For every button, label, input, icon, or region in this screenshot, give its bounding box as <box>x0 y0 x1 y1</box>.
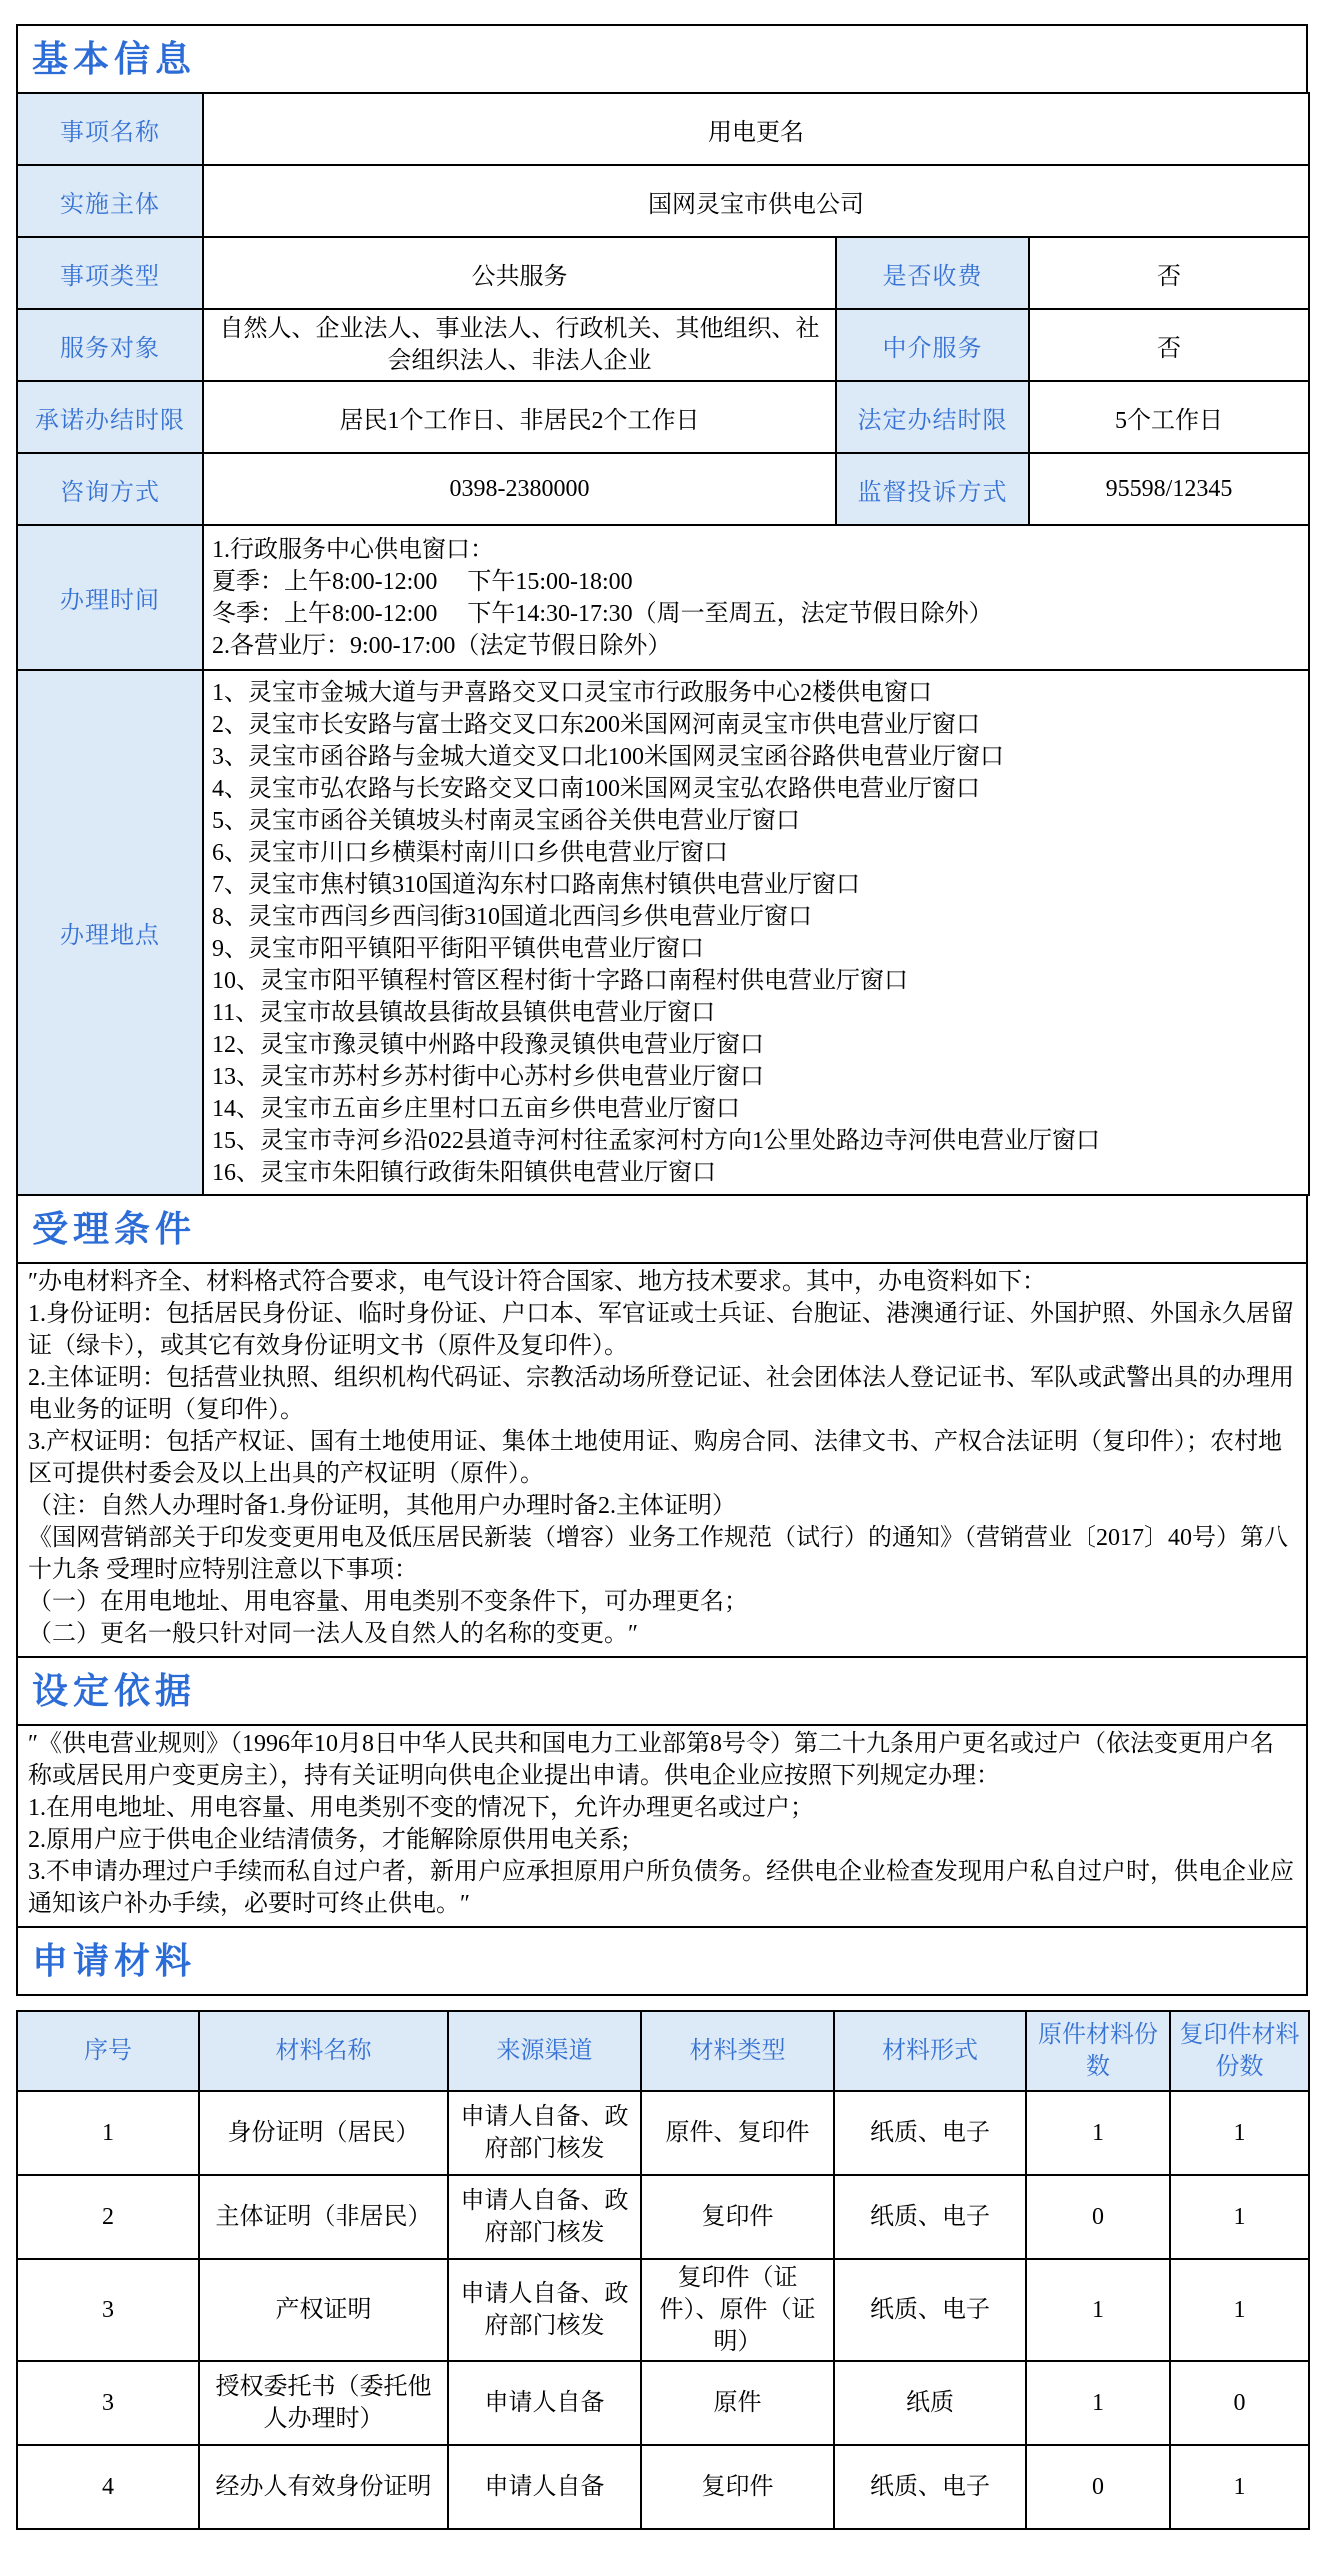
table-row: 实施主体 国网灵宝市供电公司 <box>17 165 1309 237</box>
complaint-phone-value: 95598/12345 <box>1029 453 1309 525</box>
office-hours-line: 夏季：上午8:00-12:00 下午15:00-18:00 <box>212 566 1300 598</box>
row-label: 实施主体 <box>17 165 203 237</box>
material-form: 纸质 <box>834 2361 1026 2445</box>
material-row: 3 授权委托书（委托他人办理时） 申请人自备 原件 纸质 1 0 <box>17 2361 1309 2445</box>
location-item: 5、灵宝市函谷关镇坡头村南灵宝函谷关供电营业厅窗口 <box>212 805 1300 837</box>
material-seq: 1 <box>17 2091 199 2175</box>
materials-column-header: 序号 <box>17 2011 199 2091</box>
materials-column-header: 材料形式 <box>834 2011 1026 2091</box>
table-row: 咨询方式 0398-2380000 监督投诉方式 95598/12345 <box>17 453 1309 525</box>
material-original-count: 0 <box>1026 2175 1170 2259</box>
acceptance-heading: 受理条件 <box>16 1194 1308 1264</box>
row-label: 承诺办结时限 <box>17 381 203 453</box>
materials-header-row: 序号材料名称来源渠道材料类型材料形式原件材料份数复印件材料份数 <box>17 2011 1309 2091</box>
location-item: 14、灵宝市五亩乡庄里村口五亩乡供电营业厅窗口 <box>212 1093 1300 1125</box>
location-item: 15、灵宝市寺河乡沿022县道寺河村往孟家河村方向1公里处路边寺河供电营业厅窗口 <box>212 1125 1300 1157</box>
row-label: 法定办结时限 <box>836 381 1029 453</box>
basis-paragraph: ″《供电营业规则》（1996年10月8日中华人民共和国电力工业部第8号令）第二十… <box>28 1728 1296 1792</box>
material-original-count: 1 <box>1026 2361 1170 2445</box>
acceptance-paragraph: 1.身份证明：包括居民身份证、临时身份证、户口本、军官证或士兵证、台胞证、港澳通… <box>28 1298 1296 1362</box>
material-type: 原件 <box>641 2361 834 2445</box>
material-row: 1 身份证明（居民） 申请人自备、政府部门核发 原件、复印件 纸质、电子 1 1 <box>17 2091 1309 2175</box>
material-name: 身份证明（居民） <box>199 2091 448 2175</box>
material-original-count: 1 <box>1026 2259 1170 2361</box>
basis-content: ″《供电营业规则》（1996年10月8日中华人民共和国电力工业部第8号令）第二十… <box>16 1724 1308 1928</box>
basis-paragraph: 2.原用户应于供电企业结清债务，才能解除原供用电关系; <box>28 1824 1296 1856</box>
materials-column-header: 材料类型 <box>641 2011 834 2091</box>
row-label: 是否收费 <box>836 237 1029 309</box>
location-item: 3、灵宝市函谷路与金城大道交叉口北100米国网灵宝函谷路供电营业厅窗口 <box>212 741 1300 773</box>
table-row: 办理时间 1.行政服务中心供电窗口：夏季：上午8:00-12:00 下午15:0… <box>17 525 1309 670</box>
location-item: 2、灵宝市长安路与富士路交叉口东200米国网河南灵宝市供电营业厅窗口 <box>212 709 1300 741</box>
material-row: 4 经办人有效身份证明 申请人自备 复印件 纸质、电子 0 1 <box>17 2445 1309 2529</box>
material-copy-count: 0 <box>1170 2361 1309 2445</box>
material-name: 产权证明 <box>199 2259 448 2361</box>
office-hours-lines: 1.行政服务中心供电窗口：夏季：上午8:00-12:00 下午15:00-18:… <box>212 534 1300 662</box>
promised-time-value: 居民1个工作日、非居民2个工作日 <box>203 381 836 453</box>
office-hours-value: 1.行政服务中心供电窗口：夏季：上午8:00-12:00 下午15:00-18:… <box>203 525 1309 670</box>
acceptance-paragraph: 《国网营销部关于印发变更用电及低压居民新装（增容）业务工作规范（试行）的通知》（… <box>28 1522 1296 1586</box>
location-item: 16、灵宝市朱阳镇行政街朱阳镇供电营业厅窗口 <box>212 1157 1300 1189</box>
material-original-count: 0 <box>1026 2445 1170 2529</box>
materials-column-header: 材料名称 <box>199 2011 448 2091</box>
locations-list: 1、灵宝市金城大道与尹喜路交叉口灵宝市行政服务中心2楼供电窗口2、灵宝市长安路与… <box>212 677 1300 1189</box>
table-row: 承诺办结时限 居民1个工作日、非居民2个工作日 法定办结时限 5个工作日 <box>17 381 1309 453</box>
material-copy-count: 1 <box>1170 2091 1309 2175</box>
basis-paragraphs: ″《供电营业规则》（1996年10月8日中华人民共和国电力工业部第8号令）第二十… <box>28 1728 1296 1920</box>
table-row: 事项类型 公共服务 是否收费 否 <box>17 237 1309 309</box>
material-type: 复印件（证件）、原件（证明） <box>641 2259 834 2361</box>
row-label: 办理地点 <box>17 670 203 1195</box>
material-form: 纸质、电子 <box>834 2259 1026 2361</box>
office-hours-line: 1.行政服务中心供电窗口： <box>212 534 1300 566</box>
item-type-value: 公共服务 <box>203 237 836 309</box>
location-item: 6、灵宝市川口乡横渠村南川口乡供电营业厅窗口 <box>212 837 1300 869</box>
table-row: 办理地点 1、灵宝市金城大道与尹喜路交叉口灵宝市行政服务中心2楼供电窗口2、灵宝… <box>17 670 1309 1195</box>
office-hours-line: 冬季：上午8:00-12:00 下午14:30-17:30（周一至周五，法定节假… <box>212 598 1300 630</box>
material-seq: 2 <box>17 2175 199 2259</box>
basic-info-table: 事项名称 用电更名 实施主体 国网灵宝市供电公司 事项类型 公共服务 是否收费 … <box>16 92 1310 1196</box>
material-source: 申请人自备、政府部门核发 <box>448 2175 641 2259</box>
acceptance-paragraph: （一）在用电地址、用电容量、用电类别不变条件下，可办理更名； <box>28 1586 1296 1618</box>
basis-heading: 设定依据 <box>16 1656 1308 1726</box>
table-row: 事项名称 用电更名 <box>17 93 1309 165</box>
material-source: 申请人自备、政府部门核发 <box>448 2259 641 2361</box>
acceptance-paragraph: （注：自然人办理时备1.身份证明，其他用户办理时备2.主体证明） <box>28 1490 1296 1522</box>
fee-value: 否 <box>1029 237 1309 309</box>
row-label: 办理时间 <box>17 525 203 670</box>
table-row: 服务对象 自然人、企业法人、事业法人、行政机关、其他组织、社会组织法人、非法人企… <box>17 309 1309 381</box>
implementing-body-value: 国网灵宝市供电公司 <box>203 165 1309 237</box>
location-item: 11、灵宝市故县镇故县街故县镇供电营业厅窗口 <box>212 997 1300 1029</box>
material-copy-count: 1 <box>1170 2445 1309 2529</box>
location-item: 8、灵宝市西闫乡西闫街310国道北西闫乡供电营业厅窗口 <box>212 901 1300 933</box>
location-item: 13、灵宝市苏村乡苏村街中心苏村乡供电营业厅窗口 <box>212 1061 1300 1093</box>
material-name: 主体证明（非居民） <box>199 2175 448 2259</box>
item-name-value: 用电更名 <box>203 93 1309 165</box>
material-seq: 3 <box>17 2361 199 2445</box>
intermediary-value: 否 <box>1029 309 1309 381</box>
acceptance-paragraph: 3.产权证明：包括产权证、国有土地使用证、集体土地使用证、购房合同、法律文书、产… <box>28 1426 1296 1490</box>
acceptance-content: ″办电材料齐全、材料格式符合要求，电气设计符合国家、地方技术要求。其中，办电资料… <box>16 1262 1308 1658</box>
row-label: 中介服务 <box>836 309 1029 381</box>
material-copy-count: 1 <box>1170 2175 1309 2259</box>
material-row: 3 产权证明 申请人自备、政府部门核发 复印件（证件）、原件（证明） 纸质、电子… <box>17 2259 1309 2361</box>
legal-time-value: 5个工作日 <box>1029 381 1309 453</box>
row-label: 事项名称 <box>17 93 203 165</box>
materials-body: 1 身份证明（居民） 申请人自备、政府部门核发 原件、复印件 纸质、电子 1 1… <box>17 2091 1309 2529</box>
acceptance-paragraph: ″办电材料齐全、材料格式符合要求，电气设计符合国家、地方技术要求。其中，办电资料… <box>28 1266 1296 1298</box>
basis-paragraph: 1.在用电地址、用电容量、用电类别不变的情况下，允许办理更名或过户； <box>28 1792 1296 1824</box>
material-form: 纸质、电子 <box>834 2091 1026 2175</box>
materials-heading: 申请材料 <box>16 1926 1308 1996</box>
office-hours-line: 2.各营业厅：9:00-17:00（法定节假日除外） <box>212 630 1300 662</box>
materials-column-header: 来源渠道 <box>448 2011 641 2091</box>
location-item: 9、灵宝市阳平镇阳平街阳平镇供电营业厅窗口 <box>212 933 1300 965</box>
row-label: 服务对象 <box>17 309 203 381</box>
locations-value: 1、灵宝市金城大道与尹喜路交叉口灵宝市行政服务中心2楼供电窗口2、灵宝市长安路与… <box>203 670 1309 1195</box>
location-item: 10、灵宝市阳平镇程村管区程村街十字路口南程村供电营业厅窗口 <box>212 965 1300 997</box>
material-type: 复印件 <box>641 2175 834 2259</box>
material-name: 授权委托书（委托他人办理时） <box>199 2361 448 2445</box>
row-label: 事项类型 <box>17 237 203 309</box>
material-seq: 4 <box>17 2445 199 2529</box>
location-item: 4、灵宝市弘农路与长安路交叉口南100米国网灵宝弘农路供电营业厅窗口 <box>212 773 1300 805</box>
materials-table: 序号材料名称来源渠道材料类型材料形式原件材料份数复印件材料份数 1 身份证明（居… <box>16 2010 1310 2530</box>
material-source: 申请人自备 <box>448 2445 641 2529</box>
row-label: 监督投诉方式 <box>836 453 1029 525</box>
material-row: 2 主体证明（非居民） 申请人自备、政府部门核发 复印件 纸质、电子 0 1 <box>17 2175 1309 2259</box>
row-label: 咨询方式 <box>17 453 203 525</box>
material-seq: 3 <box>17 2259 199 2361</box>
basis-paragraph: 3.不申请办理过户手续而私自过户者，新用户应承担原用户所负债务。经供电企业检查发… <box>28 1856 1296 1920</box>
location-item: 1、灵宝市金城大道与尹喜路交叉口灵宝市行政服务中心2楼供电窗口 <box>212 677 1300 709</box>
service-info-document: 基本信息 事项名称 用电更名 实施主体 国网灵宝市供电公司 事项类型 公共服务 … <box>16 24 1308 2530</box>
service-target-value: 自然人、企业法人、事业法人、行政机关、其他组织、社会组织法人、非法人企业 <box>203 309 836 381</box>
basic-info-heading: 基本信息 <box>16 24 1308 94</box>
material-form: 纸质、电子 <box>834 2445 1026 2529</box>
acceptance-paragraph: （二）更名一般只针对同一法人及自然人的名称的变更。″ <box>28 1618 1296 1650</box>
materials-column-header: 原件材料份数 <box>1026 2011 1170 2091</box>
materials-column-header: 复印件材料份数 <box>1170 2011 1309 2091</box>
material-original-count: 1 <box>1026 2091 1170 2175</box>
material-source: 申请人自备、政府部门核发 <box>448 2091 641 2175</box>
acceptance-paragraph: 2.主体证明：包括营业执照、组织机构代码证、宗教活动场所登记证、社会团体法人登记… <box>28 1362 1296 1426</box>
material-copy-count: 1 <box>1170 2259 1309 2361</box>
location-item: 12、灵宝市豫灵镇中州路中段豫灵镇供电营业厅窗口 <box>212 1029 1300 1061</box>
location-item: 7、灵宝市焦村镇310国道沟东村口路南焦村镇供电营业厅窗口 <box>212 869 1300 901</box>
consult-phone-value: 0398-2380000 <box>203 453 836 525</box>
material-form: 纸质、电子 <box>834 2175 1026 2259</box>
material-type: 复印件 <box>641 2445 834 2529</box>
material-name: 经办人有效身份证明 <box>199 2445 448 2529</box>
material-type: 原件、复印件 <box>641 2091 834 2175</box>
acceptance-paragraphs: ″办电材料齐全、材料格式符合要求，电气设计符合国家、地方技术要求。其中，办电资料… <box>28 1266 1296 1650</box>
material-source: 申请人自备 <box>448 2361 641 2445</box>
